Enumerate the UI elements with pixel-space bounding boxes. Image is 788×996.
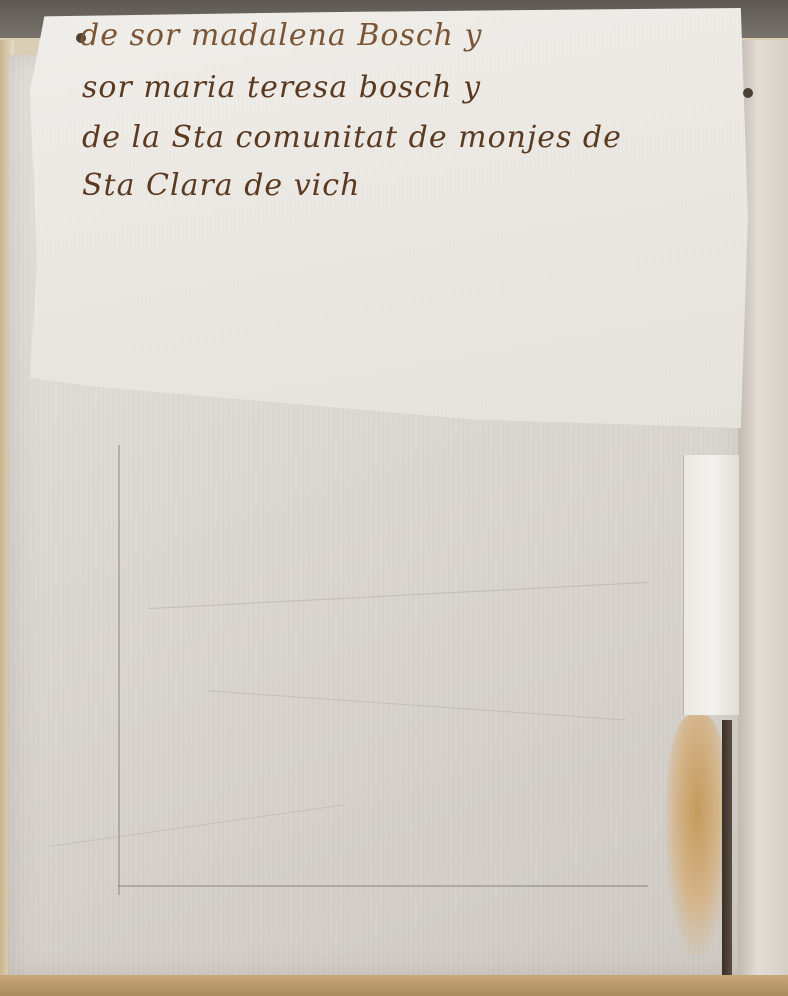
photo-scene: de sor madalena Bosch y sor maria teresa…: [0, 0, 788, 996]
horizontal-crease: [118, 885, 648, 887]
handwriting-line-1: de sor madalena Bosch y: [80, 18, 482, 53]
paper-tab-strip: [683, 455, 739, 715]
wrinkle-line: [49, 804, 346, 847]
nail-head: [743, 88, 753, 98]
wrinkle-line: [208, 690, 627, 720]
bottom-board-edge: [0, 975, 788, 996]
handwriting-line-4: Sta Clara de vich: [82, 168, 360, 203]
binding-gap: [722, 720, 732, 980]
wrinkle-line: [148, 582, 647, 609]
handwriting-line-2: sor maria teresa bosch y: [82, 70, 481, 105]
rust-stain: [665, 715, 730, 955]
handwriting-line-3: de la Sta comunitat de monjes de: [82, 120, 622, 155]
vertical-crease: [118, 445, 120, 895]
